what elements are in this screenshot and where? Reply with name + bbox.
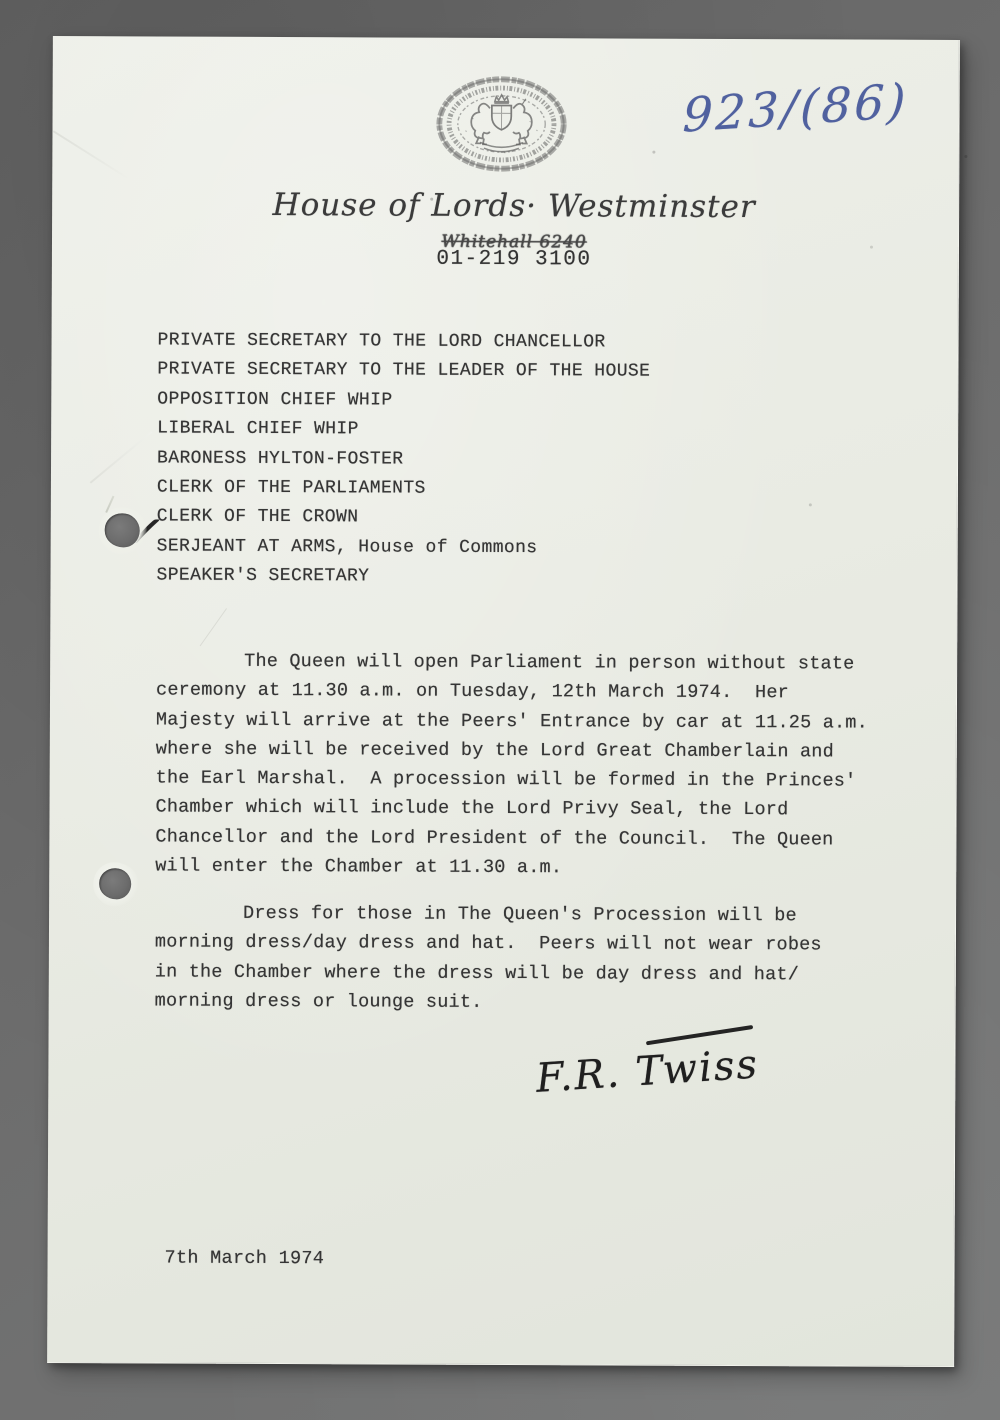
recipient-item: OPPOSITION CHIEF WHIP bbox=[157, 385, 650, 417]
paragraph-line: in the Chamber where the dress will be d… bbox=[155, 957, 822, 989]
handwritten-reference-number: 923/(86) bbox=[682, 70, 964, 144]
recipient-item: PRIVATE SECRETARY TO THE LEADER OF THE H… bbox=[157, 356, 650, 388]
paragraph-line: Chamber which will include the Lord Priv… bbox=[155, 793, 867, 825]
paragraph-line: morning dress or lounge suit. bbox=[155, 986, 822, 1018]
recipient-item: CLERK OF THE PARLIAMENTS bbox=[157, 473, 650, 505]
seal-unicorn-supporter bbox=[513, 99, 532, 145]
letter-date: 7th March 1974 bbox=[165, 1248, 325, 1270]
recipient-item: SERJEANT AT ARMS, House of Commons bbox=[157, 532, 650, 564]
paragraph-line: where she will be received by the Lord G… bbox=[156, 734, 868, 766]
paragraph-line: The Queen will open Parliament in person… bbox=[156, 646, 868, 678]
punch-hole-top bbox=[99, 507, 147, 554]
seal-lion-supporter bbox=[471, 104, 490, 145]
recipient-item: BARONESS HYLTON-FOSTER bbox=[157, 444, 650, 476]
punch-hole-opening bbox=[99, 868, 131, 899]
body-paragraph-2: Dress for those in The Queen's Processio… bbox=[155, 898, 822, 1018]
signature-block: F.R. Twiss bbox=[533, 1020, 819, 1138]
letterhead-phone-number: 01-219 3100 bbox=[52, 246, 976, 273]
paragraph-line: Dress for those in The Queen's Processio… bbox=[155, 898, 822, 930]
paragraph-line: ceremony at 11.30 a.m. on Tuesday, 12th … bbox=[156, 676, 868, 708]
signature: F.R. Twiss bbox=[535, 1041, 761, 1101]
paper-crease bbox=[90, 431, 153, 484]
recipient-item: LIBERAL CHIEF WHIP bbox=[157, 415, 650, 447]
recipient-item: PRIVATE SECRETARY TO THE LORD CHANCELLOR bbox=[158, 326, 651, 358]
paragraph-line: Chancellor and the Lord President of the… bbox=[155, 822, 867, 854]
recipient-item: SPEAKER'S SECRETARY bbox=[156, 562, 649, 594]
paper-speck bbox=[430, 198, 433, 201]
paragraph-line: the Earl Marshal. A procession will be f… bbox=[156, 764, 868, 796]
letter-page: 923/(86) House of Lords· Westminster Whi… bbox=[47, 36, 960, 1367]
paper-speck bbox=[870, 246, 873, 249]
paragraph-line: morning dress/day dress and hat. Peers w… bbox=[155, 928, 822, 960]
recipient-item: CLERK OF THE CROWN bbox=[157, 503, 650, 535]
letterhead-title: House of Lords· Westminster bbox=[52, 186, 976, 226]
paper-crease bbox=[53, 130, 130, 180]
paper-crease bbox=[200, 608, 227, 646]
punch-hole-opening bbox=[105, 513, 140, 547]
paper-speck bbox=[964, 155, 967, 158]
recipient-list: PRIVATE SECRETARY TO THE LORD CHANCELLOR… bbox=[156, 326, 650, 593]
paragraph-line: will enter the Chamber at 11.30 a.m. bbox=[155, 852, 867, 884]
seal-crown bbox=[494, 95, 509, 103]
paper-speck bbox=[809, 503, 812, 506]
paragraph-line: Majesty will arrive at the Peers' Entran… bbox=[156, 705, 868, 737]
royal-crest-seal-icon bbox=[433, 74, 569, 175]
seal-shield bbox=[492, 105, 512, 129]
body-paragraph-1: The Queen will open Parliament in person… bbox=[155, 646, 868, 883]
punch-hole-bottom bbox=[93, 862, 138, 906]
paper-speck bbox=[652, 151, 655, 154]
